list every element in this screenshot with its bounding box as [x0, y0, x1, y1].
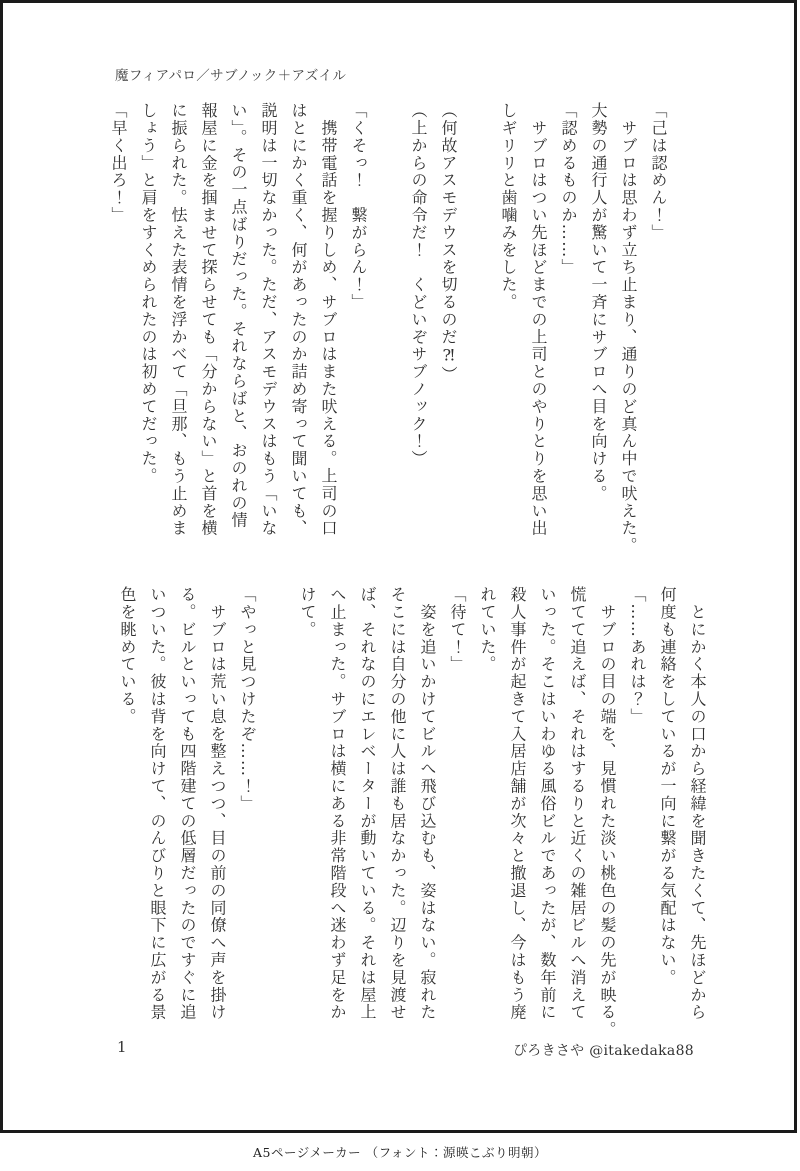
- text-line: （上からの命令だ！ くどいぞサブノック！）: [403, 102, 433, 540]
- text-line: 大勢の通行人が驚いて一斉にサブロへ目を向ける。: [583, 102, 613, 540]
- text-line: 殺人事件が起きて入居店舗が次々と撤退し、今はもう廃: [502, 586, 532, 1024]
- author-credit: ぴろきさや @itakedaka88: [513, 1040, 694, 1060]
- text-line: 「認めるものか……」: [553, 102, 583, 540]
- text-line: 何度も連絡をしているが一向に繋がる気配はない。: [652, 586, 682, 1024]
- text-line: サブロは思わず立ち止まり、通りのど真ん中で吠えた。: [613, 102, 643, 540]
- text-line: 「……あれは？」: [622, 586, 652, 1024]
- text-line: 色を眺めている。: [112, 586, 142, 1024]
- text-line: [373, 102, 403, 540]
- text-line: [463, 102, 493, 540]
- generator-footer-caption: A5ページメーカー （フォント：源暎こぶり明朝）: [0, 1143, 800, 1161]
- text-line: 「くそっ！ 繋がらん！」: [343, 102, 373, 540]
- text-line: へ止まった。サブロは横にある非常階段へ迷わず足をか: [322, 586, 352, 1024]
- text-line: ば、それなのにエレベーターが動いている。それは屋上: [352, 586, 382, 1024]
- text-line: 慌てて追えば、それはするりと近くの雑居ビルへ消えて: [562, 586, 592, 1024]
- text-line: る。ビルといっても四階建ての低層だったのですぐに追: [172, 586, 202, 1024]
- text-line: 「己は認めん！」: [643, 102, 673, 540]
- text-line: 携帯電話を握りしめ、サブロはまた吠える。上司の口: [313, 102, 343, 540]
- text-line: しギリリと歯噛みをした。: [493, 102, 523, 540]
- text-line: に振られた。怯えた表情を浮かべて「旦那、もう止めま: [163, 102, 193, 540]
- text-line: とにかく本人の口から経緯を聞きたくて、先ほどから: [682, 586, 712, 1024]
- lower-text-block: とにかく本人の口から経緯を聞きたくて、先ほどから何度も連絡をしているが一向に繋が…: [12, 586, 800, 1024]
- text-line: 姿を追いかけてビルへ飛び込むも、姿はない。寂れた: [412, 586, 442, 1024]
- text-line: 報屋に金を掴ませて探らせても「分からない」と首を横: [193, 102, 223, 540]
- text-line: けて。: [292, 586, 322, 1024]
- text-line: しょう」と肩をすくめられたのは初めてだった。: [133, 102, 163, 540]
- text-line: はとにかく重く、何があったのか詰め寄って聞いても、: [283, 102, 313, 540]
- text-line: い」。その一点ばりだった。それならばと、おのれの情: [223, 102, 253, 540]
- text-line: サブロはつい先ほどまでの上司とのやりとりを思い出: [523, 102, 553, 540]
- text-line: サブロは荒い息を整えつつ、目の前の同僚へ声を掛け: [202, 586, 232, 1024]
- text-line: いった。そこはいわゆる風俗ビルであったが、数年前に: [532, 586, 562, 1024]
- text-line: そこには自分の他に人は誰も居なかった。辺りを見渡せ: [382, 586, 412, 1024]
- novel-page: 魔フィアパロ／サブノック＋アズイル 「己は認めん！」 サブロは思わず立ち止まり、…: [0, 0, 800, 1171]
- text-line: 「早く出ろ！」: [103, 102, 133, 540]
- text-line: サブロの目の端を、見慣れた淡い桃色の髪の先が映る。: [592, 586, 622, 1024]
- text-line: （何故アスモデウスを切るのだ⁈）: [433, 102, 463, 540]
- text-line: 「待て！」: [442, 586, 472, 1024]
- text-line: [262, 586, 292, 1024]
- text-line: れていた。: [472, 586, 502, 1024]
- text-line: 説明は一切なかった。ただ、アスモデウスはもう「いな: [253, 102, 283, 540]
- text-line: いついた。彼は背を向けて、のんびりと眼下に広がる景: [142, 586, 172, 1024]
- page-header-caption: 魔フィアパロ／サブノック＋アズイル: [115, 64, 346, 84]
- text-line: 「やっと見つけたぞ……！」: [232, 586, 262, 1024]
- upper-text-block: 「己は認めん！」 サブロは思わず立ち止まり、通りのど真ん中で吠えた。大勢の通行人…: [0, 102, 788, 540]
- page-number: 1: [117, 1038, 127, 1056]
